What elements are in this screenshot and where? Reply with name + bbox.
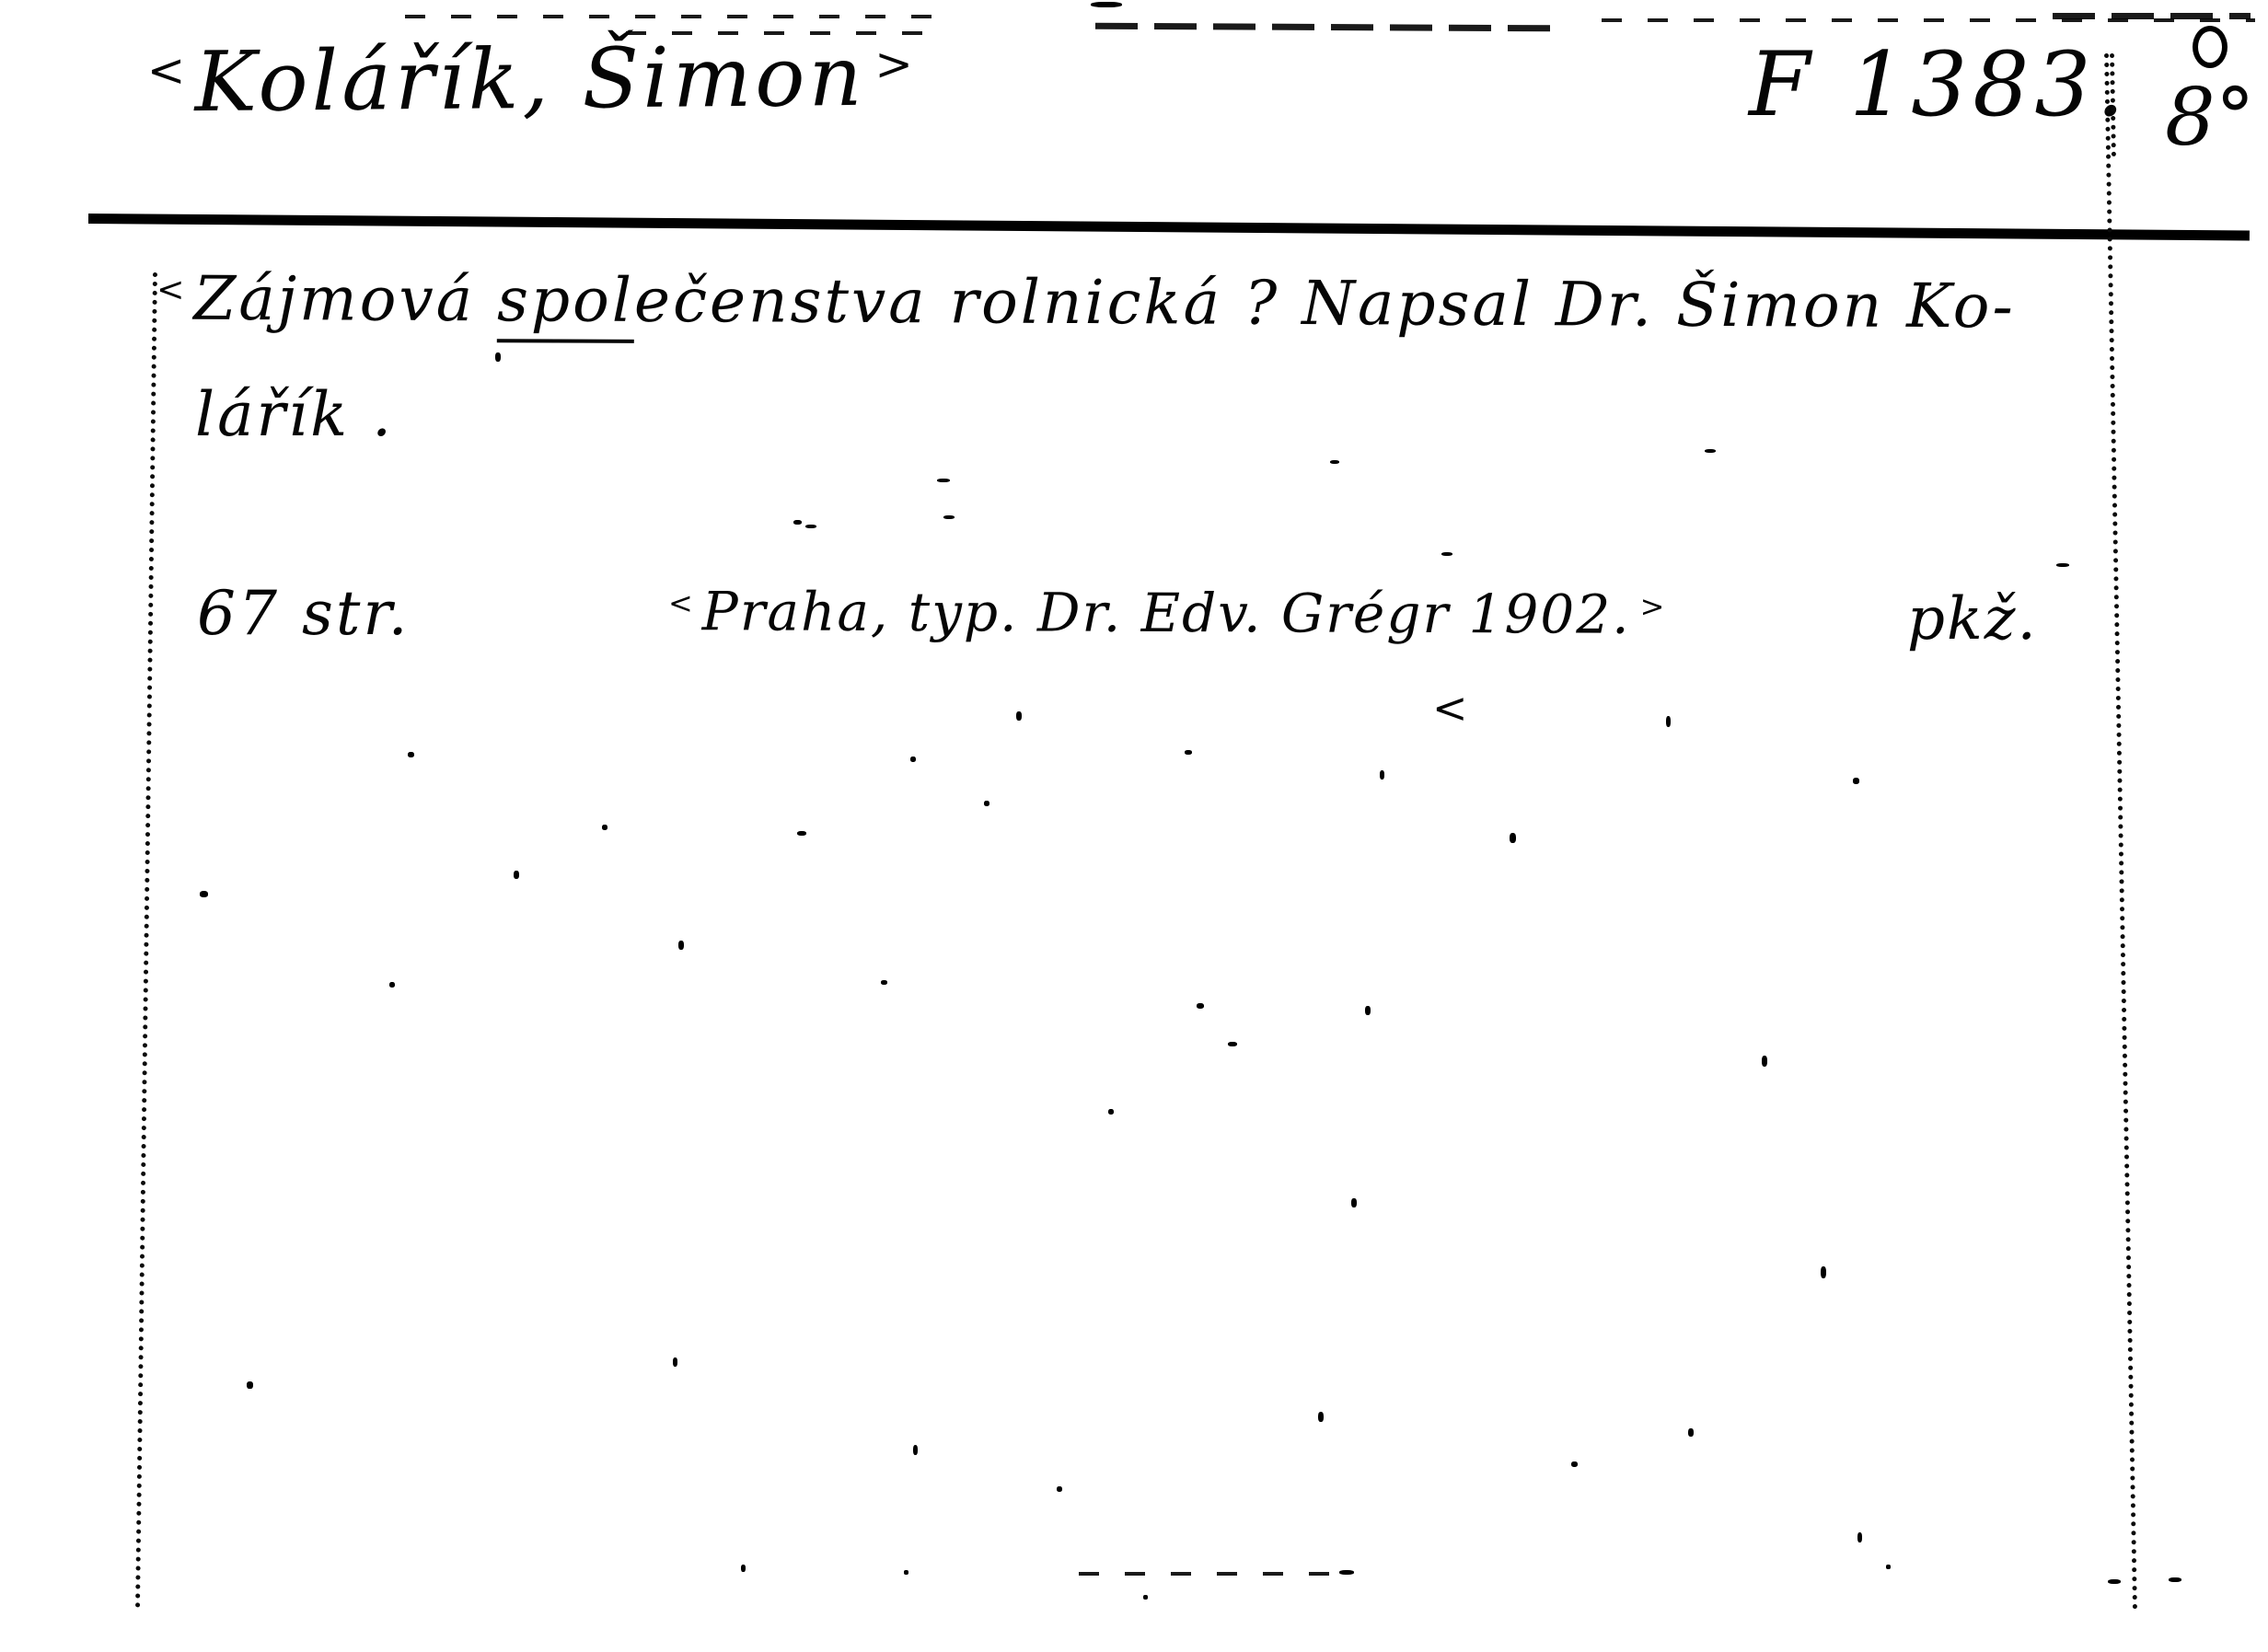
flyspeck [1365,1006,1371,1015]
author-name: Kolářík, Šimon [194,29,866,131]
right-dotted-border [2104,53,2137,1611]
flyspeck [1762,1056,1767,1067]
author-open-angle-mark: < [138,43,195,98]
flyspeck [247,1381,253,1389]
shelfmark: F 1383. [1749,33,2130,136]
flyspeck [984,801,989,806]
flyspeck [797,831,806,836]
flyspeck [1853,778,1859,784]
scan-noise-dash [1339,1570,1354,1575]
flyspeck [1857,1532,1862,1542]
imprint-text: Praha, typ. Dr. Edv. Grégr 1902. [702,580,1631,646]
flyspeck [1330,460,1339,464]
flyspeck [1351,1198,1357,1207]
flyspeck [1185,750,1192,755]
left-dotted-border [135,272,157,1609]
scan-noise-dash [2169,1577,2181,1582]
flyspeck [1571,1461,1578,1467]
title-line-1: <Zájmová společenstva rolnická ? Napsal … [147,263,2016,342]
format-flourish-ring [2193,26,2227,68]
flyspeck [1688,1428,1694,1437]
scan-noise-dash [1091,2,1122,7]
flyspeck [943,515,955,519]
flyspeck [1821,1266,1826,1278]
flyspeck [1197,1003,1204,1009]
flyspeck [904,1570,908,1575]
flyspeck [881,980,887,985]
flyspeck [1057,1486,1062,1492]
imprint-insertion-mark: < [1432,683,1468,733]
flyspeck [2056,563,2069,567]
author-close-angle-mark: > [865,37,922,91]
collation: 67 str. [197,578,411,649]
title-open-angle-mark: < [147,270,194,309]
flyspeck [1510,833,1516,843]
imprint-close-angle-mark: > [1631,589,1674,624]
imprint-open-angle-mark: < [659,586,702,621]
flyspeck [1143,1595,1148,1600]
imprint: <Praha, typ. Dr. Edv. Grégr 1902.> [659,580,1674,646]
scan-noise-dash [405,15,948,18]
flyspeck [1108,1109,1114,1115]
scan-noise-dash [1095,23,1556,32]
flyspeck [910,757,916,762]
flyspeck [1705,449,1716,453]
flyspeck [805,525,816,528]
flyspeck [1016,711,1022,721]
flyspeck [741,1565,746,1572]
scan-noise-dash [2108,1579,2121,1584]
annotation: pkž. [1907,585,2038,653]
flyspeck [408,752,414,757]
flyspeck [913,1445,918,1455]
header-rule [88,214,2250,240]
catalog-card: <Kolářík, Šimon> F 1383. 8° <Zájmová spo… [0,0,2268,1652]
flyspeck [793,520,802,525]
flyspeck [1666,716,1671,727]
title-rest: ečenstva rolnická ? Napsal Dr. Šimon Ko- [634,265,2016,342]
title-underlined-segment: spol [497,264,634,343]
scan-noise-dash [2053,13,2251,19]
format-mark: 8° [2165,72,2255,164]
flyspeck [514,871,519,879]
flyspeck [1886,1565,1891,1569]
flyspeck [678,941,684,950]
flyspeck [1441,552,1452,556]
title-pre: Zájmová [193,263,497,335]
flyspeck [1318,1412,1324,1422]
flyspeck [1380,770,1384,780]
scan-noise-dash [1079,1572,1355,1576]
flyspeck [1228,1042,1237,1046]
author-heading: <Kolářík, Šimon> [138,28,923,131]
flyspeck [200,891,208,897]
flyspeck [937,479,950,482]
flyspeck [602,825,607,830]
title-line-2: lářík . [195,379,394,450]
flyspeck [495,352,501,362]
flyspeck [389,982,395,988]
flyspeck [673,1357,677,1367]
